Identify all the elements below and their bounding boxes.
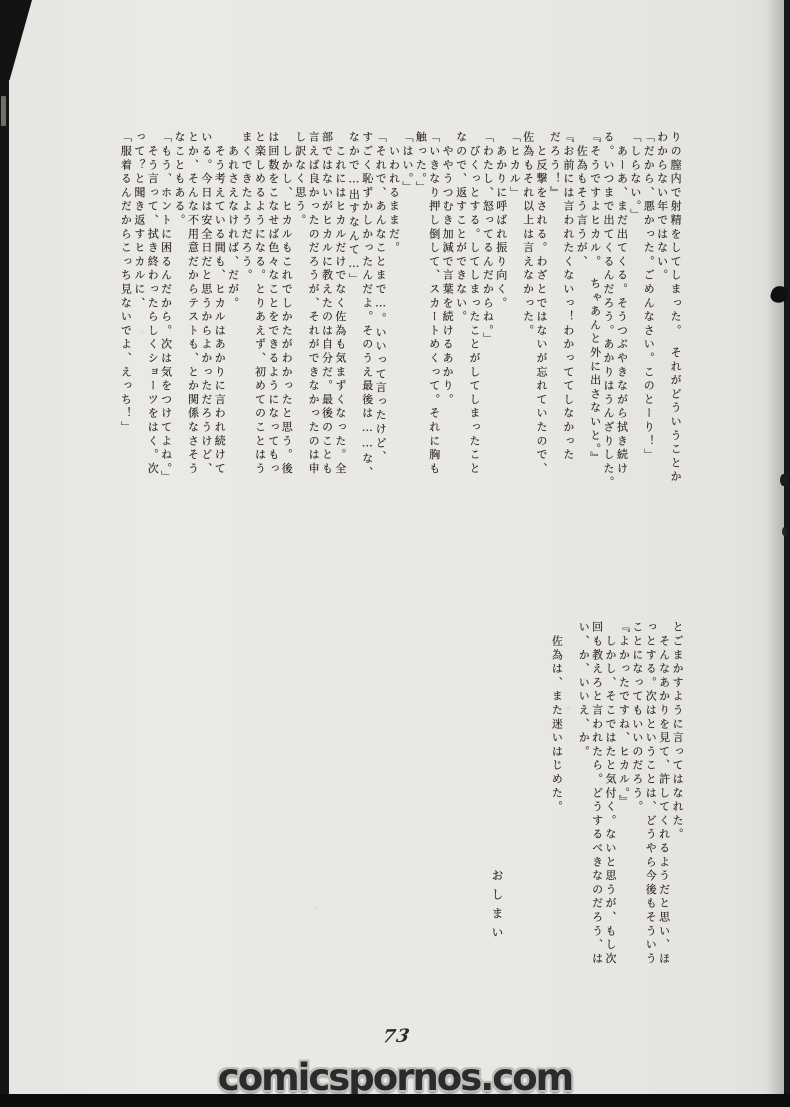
story-text-block-1: りの膣内で射精をしてしまった。 それがどういうことか わからない年ではない。 「… [119,131,682,490]
page-number: 73 [381,1026,412,1048]
watermark-logo: comicspornos.com [218,1056,572,1099]
scan-shadow-right [766,0,784,1107]
scan-edge-right [784,0,790,1107]
scan-edge-text-smudge [1,96,6,126]
scan-artifact-mark-small [782,527,787,536]
story-text-block-2: とごまかすように言ってはなれた。 そんなあかりを見て、許してくれるようだと思い、… [550,621,684,966]
scanned-doujinshi-page: { "page": { "number": "73", "end_marker"… [0,0,790,1107]
scan-edge-bottom [0,1094,790,1107]
scan-edge-left [0,0,9,1107]
end-marker: おしまい [489,869,505,945]
scan-artifact-mark [780,474,787,486]
watermark-row: comicspornos.com [0,1056,790,1099]
